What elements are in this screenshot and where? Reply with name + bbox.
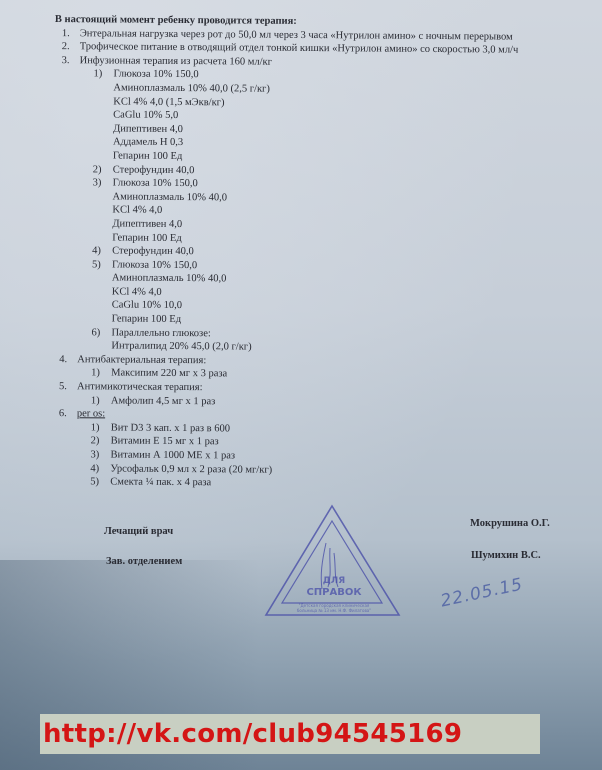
stamp-center-text-2: СПРАВОК [306,587,362,598]
triangle-stamp-icon: ДЛЯ СПРАВОК "Детская городская клиническ… [262,503,402,621]
stamp-bottom-text-2: больница № 13 им. Н.Ф. Филатова" [297,608,371,613]
handwritten-date: 22.05.15 [439,575,525,612]
attending-doctor-label: Лечащий врач [104,526,173,537]
watermark-link[interactable]: http://vk.com/club94545169 [43,719,462,749]
per-os-item: 5)Смекта ¼ пак. х 4 раза [48,475,568,493]
head-of-department-name: Шумихин В.С. [471,550,541,561]
stamp-center-text-1: ДЛЯ [323,576,345,586]
watermark-banner: http://vk.com/club94545169 [40,714,540,754]
per-os-list: 1)Вит D3 3 кап. х 1 раз в 6002)Витамин Е… [48,421,569,493]
document-photo: В настоящий момент ребенку проводится те… [0,0,602,770]
prescription-document: В настоящий момент ребенку проводится те… [48,13,572,493]
head-of-department-label: Зав. отделением [106,556,182,567]
infusion-list: 1)Глюкоза 10% 150,0Аминоплазмаль 10% 40,… [49,67,571,357]
attending-doctor-name: Мокрушина О.Г. [470,518,550,529]
